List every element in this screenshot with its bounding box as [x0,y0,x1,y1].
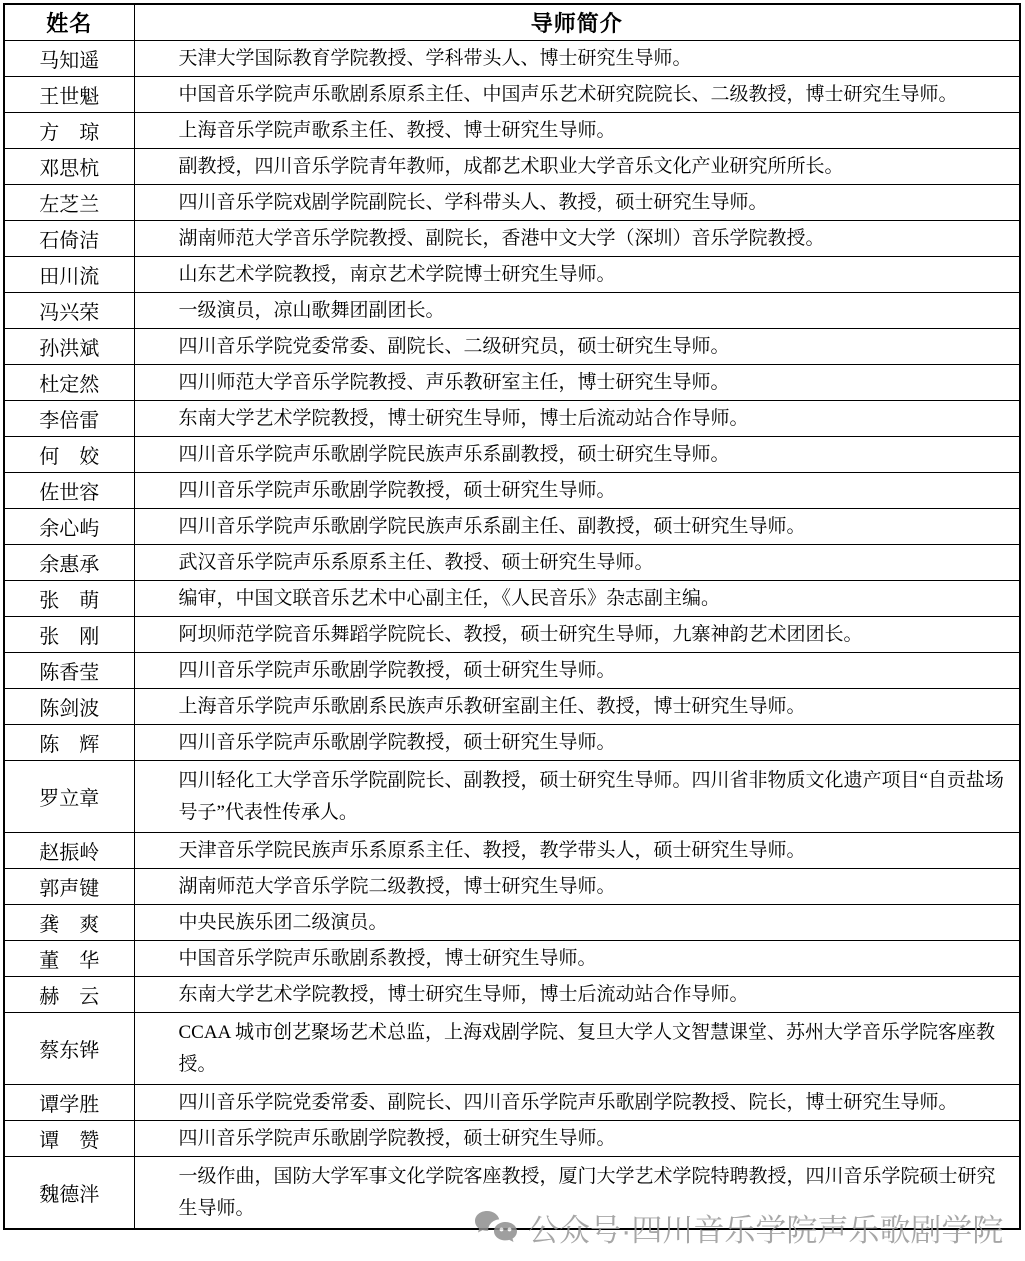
mentor-name: 余惠承 [4,545,134,581]
mentor-description: 四川音乐学院声乐歌剧学院教授，硕士研究生导师。 [134,473,1020,509]
table-row: 董 华中国音乐学院声乐歌剧系教授，博士研究生导师。 [4,941,1020,977]
mentor-name: 张 刚 [4,617,134,653]
mentor-name: 赵振岭 [4,833,134,869]
table-row: 魏德泮一级作曲，国防大学军事文化学院客座教授，厦门大学艺术学院特聘教授，四川音乐… [4,1157,1020,1230]
mentor-name: 方 琼 [4,113,134,149]
table-row: 冯兴荣一级演员，凉山歌舞团副团长。 [4,293,1020,329]
mentor-description: 天津大学国际教育学院教授、学科带头人、博士研究生导师。 [134,41,1020,77]
mentor-description: 上海音乐学院声乐歌剧系民族声乐教研室副主任、教授，博士研究生导师。 [134,689,1020,725]
mentor-description: 一级作曲，国防大学军事文化学院客座教授，厦门大学艺术学院特聘教授，四川音乐学院硕… [134,1157,1020,1230]
mentor-name: 左芝兰 [4,185,134,221]
mentor-table: 姓名 导师简介 马知遥天津大学国际教育学院教授、学科带头人、博士研究生导师。 王… [3,3,1021,1230]
mentor-description: 湖南师范大学音乐学院二级教授，博士研究生导师。 [134,869,1020,905]
mentor-description: 武汉音乐学院声乐系原系主任、教授、硕士研究生导师。 [134,545,1020,581]
mentor-description: 一级演员，凉山歌舞团副团长。 [134,293,1020,329]
mentor-description: 中国音乐学院声乐歌剧系教授，博士研究生导师。 [134,941,1020,977]
mentor-name: 孙洪斌 [4,329,134,365]
mentor-name: 谭学胜 [4,1085,134,1121]
table-row: 余惠承武汉音乐学院声乐系原系主任、教授、硕士研究生导师。 [4,545,1020,581]
table-row: 罗立章四川轻化工大学音乐学院副院长、副教授，硕士研究生导师。四川省非物质文化遗产… [4,761,1020,833]
mentor-description: 四川师范大学音乐学院教授、声乐教研室主任，博士研究生导师。 [134,365,1020,401]
table-row: 杜定然四川师范大学音乐学院教授、声乐教研室主任，博士研究生导师。 [4,365,1020,401]
mentor-name: 马知遥 [4,41,134,77]
mentor-description: 天津音乐学院民族声乐系原系主任、教授，教学带头人，硕士研究生导师。 [134,833,1020,869]
mentor-description: CCAA 城市创艺聚场艺术总监，上海戏剧学院、复旦大学人文智慧课堂、苏州大学音乐… [134,1013,1020,1085]
table-row: 赵振岭天津音乐学院民族声乐系原系主任、教授，教学带头人，硕士研究生导师。 [4,833,1020,869]
mentor-description: 四川轻化工大学音乐学院副院长、副教授，硕士研究生导师。四川省非物质文化遗产项目“… [134,761,1020,833]
mentor-name: 谭 赞 [4,1121,134,1157]
mentor-name: 石倚洁 [4,221,134,257]
mentor-description: 四川音乐学院声乐歌剧学院民族声乐系副教授，硕士研究生导师。 [134,437,1020,473]
mentor-table-page: 姓名 导师简介 马知遥天津大学国际教育学院教授、学科带头人、博士研究生导师。 王… [0,0,1025,1261]
table-row: 方 琼上海音乐学院声歌系主任、教授、博士研究生导师。 [4,113,1020,149]
mentor-name: 蔡东铧 [4,1013,134,1085]
mentor-name: 陈香莹 [4,653,134,689]
table-row: 孙洪斌四川音乐学院党委常委、副院长、二级研究员，硕士研究生导师。 [4,329,1020,365]
mentor-description: 东南大学艺术学院教授，博士研究生导师，博士后流动站合作导师。 [134,977,1020,1013]
mentor-description: 阿坝师范学院音乐舞蹈学院院长、教授，硕士研究生导师，九寨神韵艺术团团长。 [134,617,1020,653]
mentor-name: 张 萌 [4,581,134,617]
mentor-name: 冯兴荣 [4,293,134,329]
mentor-description: 四川音乐学院党委常委、副院长、四川音乐学院声乐歌剧学院教授、院长，博士研究生导师… [134,1085,1020,1121]
mentor-description: 四川音乐学院党委常委、副院长、二级研究员，硕士研究生导师。 [134,329,1020,365]
mentor-name: 赫 云 [4,977,134,1013]
mentor-description: 四川音乐学院声乐歌剧学院民族声乐系副主任、副教授，硕士研究生导师。 [134,509,1020,545]
table-row: 张 萌编审，中国文联音乐艺术中心副主任，《人民音乐》杂志副主编。 [4,581,1020,617]
mentor-description: 湖南师范大学音乐学院教授、副院长，香港中文大学（深圳）音乐学院教授。 [134,221,1020,257]
mentor-description: 山东艺术学院教授，南京艺术学院博士研究生导师。 [134,257,1020,293]
table-row: 谭学胜四川音乐学院党委常委、副院长、四川音乐学院声乐歌剧学院教授、院长，博士研究… [4,1085,1020,1121]
table-row: 田川流山东艺术学院教授，南京艺术学院博士研究生导师。 [4,257,1020,293]
mentor-name: 田川流 [4,257,134,293]
table-header-row: 姓名 导师简介 [4,4,1020,41]
table-row: 何 姣四川音乐学院声乐歌剧学院民族声乐系副教授，硕士研究生导师。 [4,437,1020,473]
table-row: 邓思杭副教授，四川音乐学院青年教师，成都艺术职业大学音乐文化产业研究所所长。 [4,149,1020,185]
table-row: 佐世容四川音乐学院声乐歌剧学院教授，硕士研究生导师。 [4,473,1020,509]
mentor-name: 魏德泮 [4,1157,134,1230]
mentor-name: 郭声键 [4,869,134,905]
mentor-name: 罗立章 [4,761,134,833]
mentor-description: 四川音乐学院声乐歌剧学院教授，硕士研究生导师。 [134,653,1020,689]
mentor-name: 邓思杭 [4,149,134,185]
mentor-description: 东南大学艺术学院教授，博士研究生导师，博士后流动站合作导师。 [134,401,1020,437]
mentor-name: 董 华 [4,941,134,977]
table-row: 余心屿四川音乐学院声乐歌剧学院民族声乐系副主任、副教授，硕士研究生导师。 [4,509,1020,545]
mentor-name: 李倍雷 [4,401,134,437]
mentor-name: 杜定然 [4,365,134,401]
table-row: 谭 赞四川音乐学院声乐歌剧学院教授，硕士研究生导师。 [4,1121,1020,1157]
mentor-name: 佐世容 [4,473,134,509]
mentor-description: 副教授，四川音乐学院青年教师，成都艺术职业大学音乐文化产业研究所所长。 [134,149,1020,185]
table-row: 李倍雷东南大学艺术学院教授，博士研究生导师，博士后流动站合作导师。 [4,401,1020,437]
header-intro: 导师简介 [134,4,1020,41]
table-row: 陈 辉四川音乐学院声乐歌剧学院教授，硕士研究生导师。 [4,725,1020,761]
mentor-name: 陈剑波 [4,689,134,725]
mentor-name: 陈 辉 [4,725,134,761]
table-row: 石倚洁湖南师范大学音乐学院教授、副院长，香港中文大学（深圳）音乐学院教授。 [4,221,1020,257]
mentor-name: 王世魁 [4,77,134,113]
table-row: 王世魁中国音乐学院声乐歌剧系原系主任、中国声乐艺术研究院院长、二级教授，博士研究… [4,77,1020,113]
mentor-description: 编审，中国文联音乐艺术中心副主任，《人民音乐》杂志副主编。 [134,581,1020,617]
mentor-name: 余心屿 [4,509,134,545]
mentor-description: 四川音乐学院声乐歌剧学院教授，硕士研究生导师。 [134,1121,1020,1157]
mentor-description: 上海音乐学院声歌系主任、教授、博士研究生导师。 [134,113,1020,149]
table-row: 左芝兰四川音乐学院戏剧学院副院长、学科带头人、教授，硕士研究生导师。 [4,185,1020,221]
mentor-description: 四川音乐学院戏剧学院副院长、学科带头人、教授，硕士研究生导师。 [134,185,1020,221]
mentor-description: 中国音乐学院声乐歌剧系原系主任、中国声乐艺术研究院院长、二级教授，博士研究生导师… [134,77,1020,113]
table-row: 蔡东铧CCAA 城市创艺聚场艺术总监，上海戏剧学院、复旦大学人文智慧课堂、苏州大… [4,1013,1020,1085]
table-row: 陈剑波上海音乐学院声乐歌剧系民族声乐教研室副主任、教授，博士研究生导师。 [4,689,1020,725]
table-row: 赫 云东南大学艺术学院教授，博士研究生导师，博士后流动站合作导师。 [4,977,1020,1013]
table-row: 龚 爽中央民族乐团二级演员。 [4,905,1020,941]
header-name: 姓名 [4,4,134,41]
mentor-name: 龚 爽 [4,905,134,941]
table-row: 马知遥天津大学国际教育学院教授、学科带头人、博士研究生导师。 [4,41,1020,77]
table-row: 陈香莹四川音乐学院声乐歌剧学院教授，硕士研究生导师。 [4,653,1020,689]
mentor-description: 中央民族乐团二级演员。 [134,905,1020,941]
table-row: 张 刚阿坝师范学院音乐舞蹈学院院长、教授，硕士研究生导师，九寨神韵艺术团团长。 [4,617,1020,653]
mentor-name: 何 姣 [4,437,134,473]
table-row: 郭声键湖南师范大学音乐学院二级教授，博士研究生导师。 [4,869,1020,905]
mentor-description: 四川音乐学院声乐歌剧学院教授，硕士研究生导师。 [134,725,1020,761]
